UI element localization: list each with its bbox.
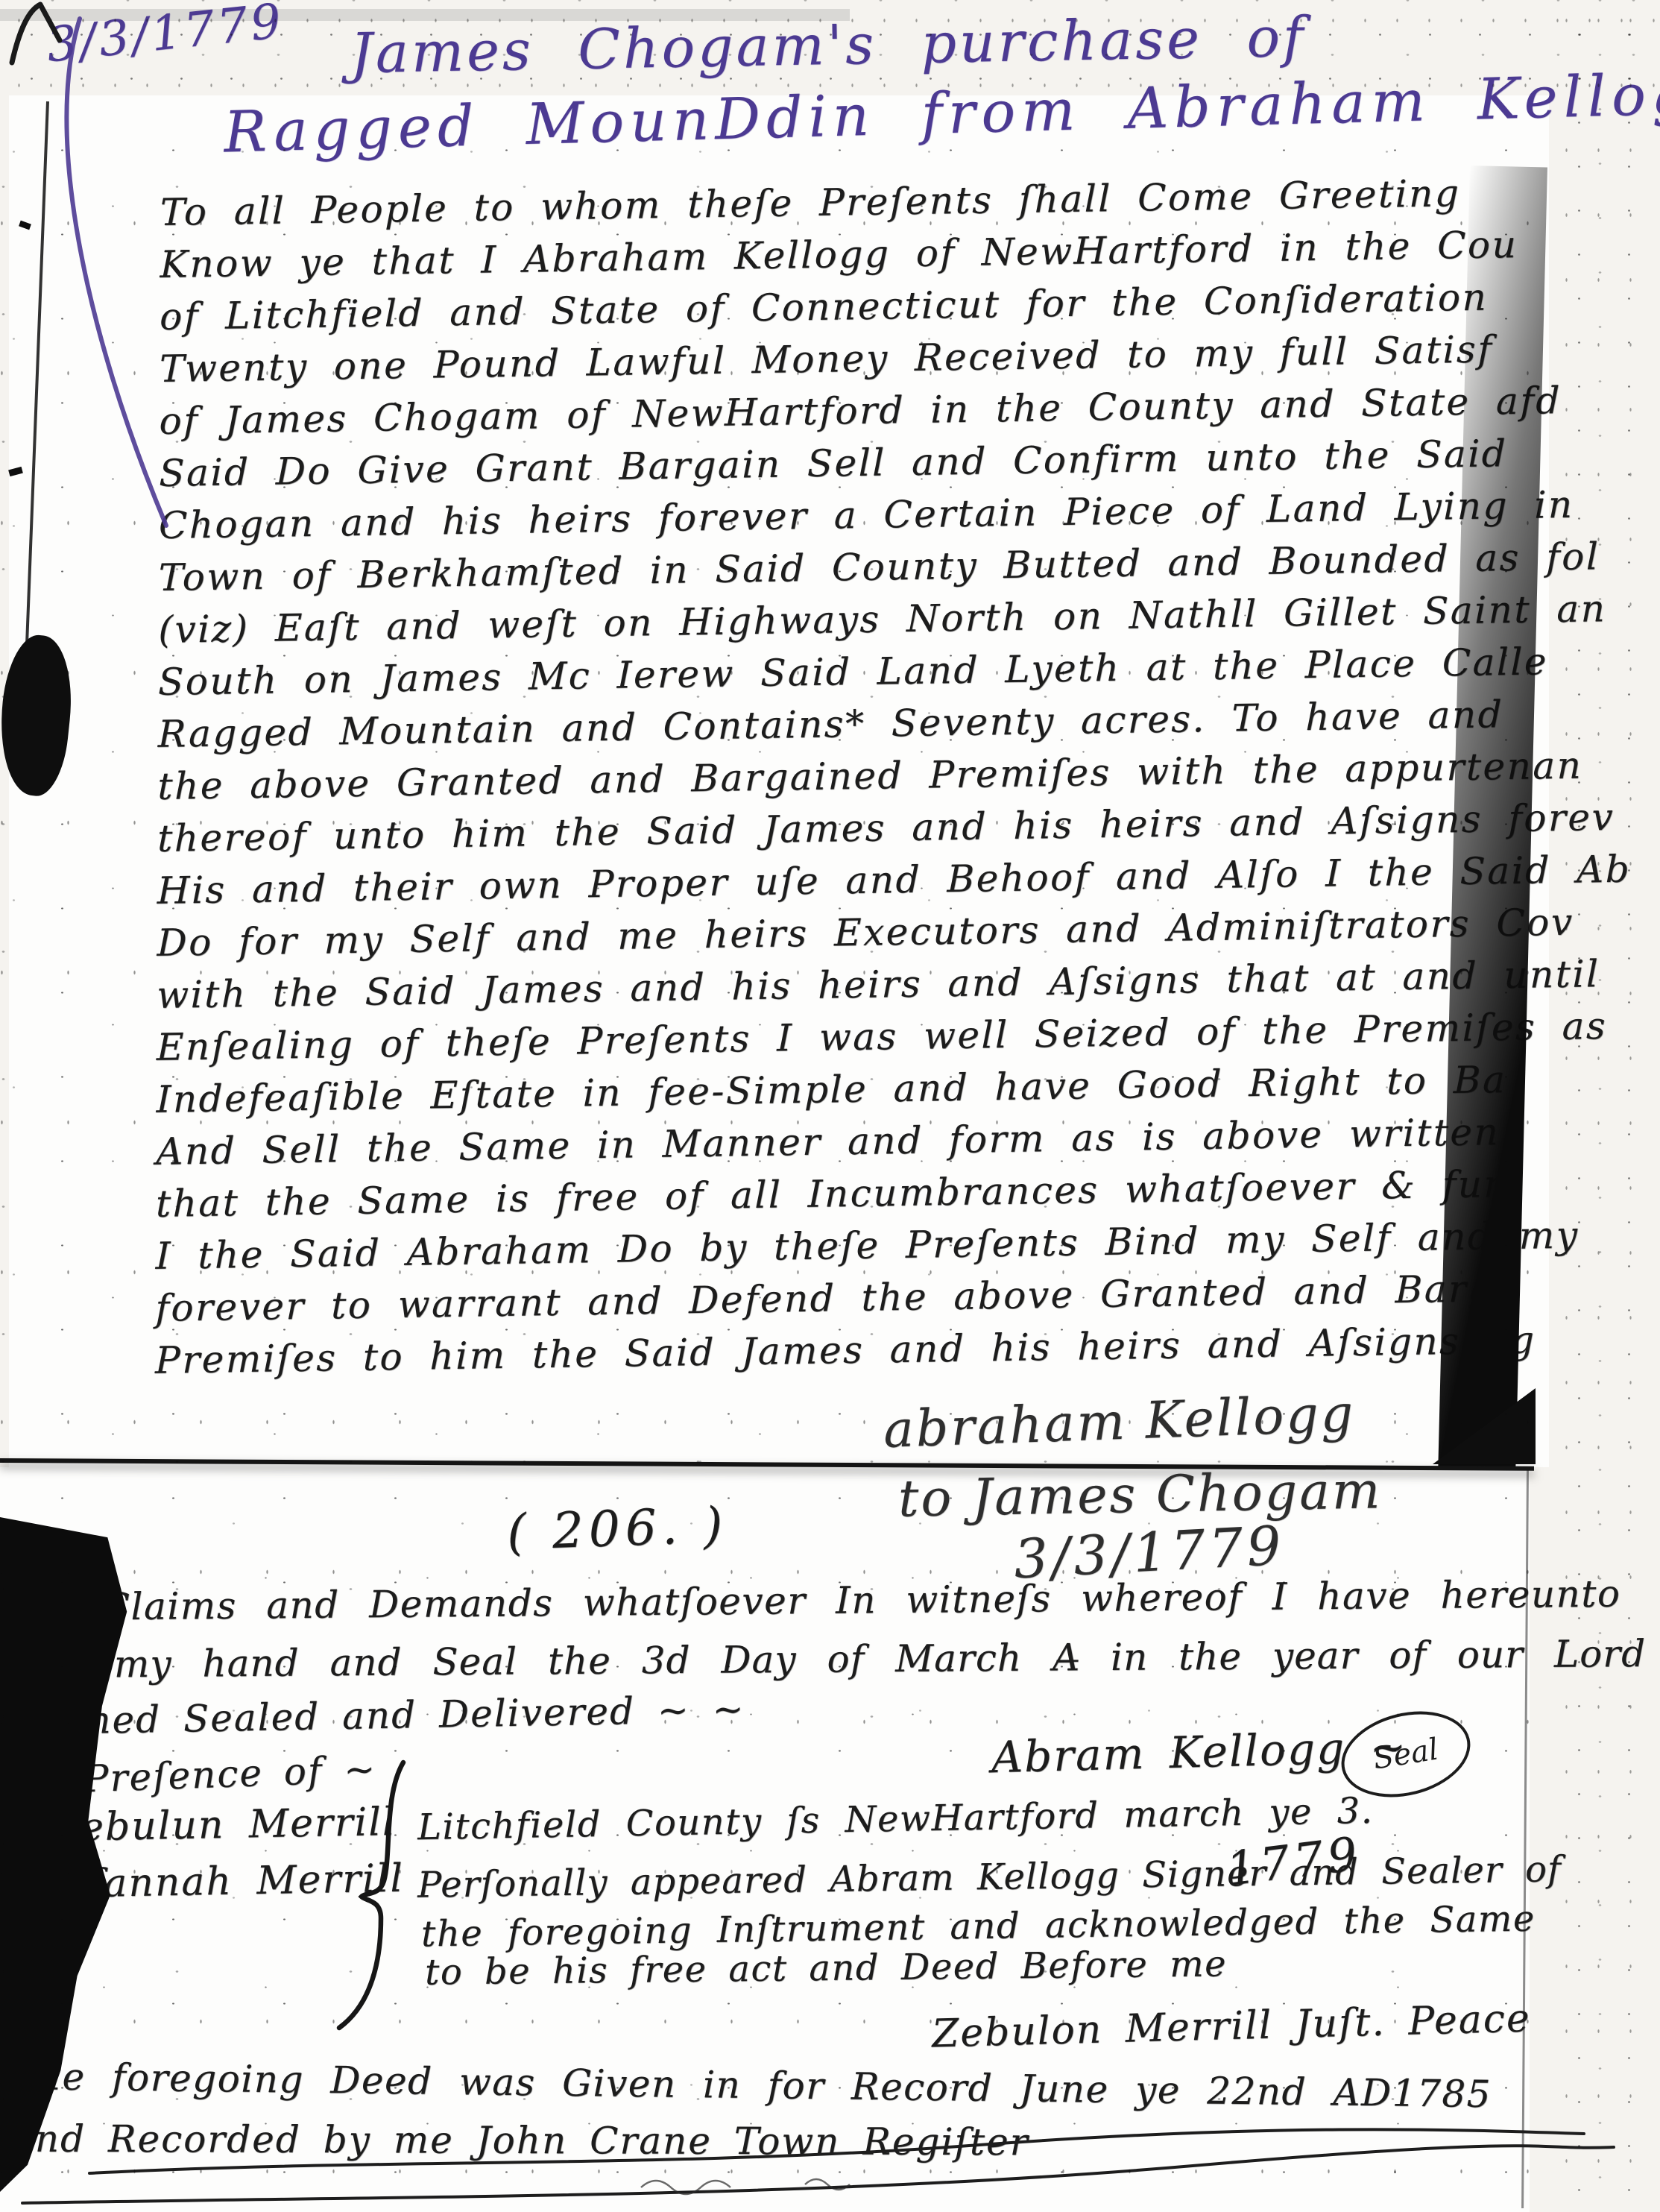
witness-brace — [332, 1758, 429, 2035]
annotation-grantee: to James Chogam — [897, 1461, 1383, 1528]
bottom-flourish-lines — [0, 2125, 1660, 2212]
scanned-deed-document: 3/3/1779 James Chogam's purchase of Ragg… — [0, 0, 1660, 2212]
margin-noise-right — [1547, 0, 1660, 2212]
deed-text-block: To all People to whom theſe Preſents ſha… — [155, 166, 1503, 1424]
purple-pen-stroke — [41, 11, 212, 541]
page-number: ( 206. ) — [506, 1496, 729, 1561]
corner-mark — [6, 0, 73, 71]
seal-label: Seal — [1371, 1732, 1441, 1776]
acknowledgment-line4: to be his free act and Deed Before me — [425, 1943, 1228, 1993]
